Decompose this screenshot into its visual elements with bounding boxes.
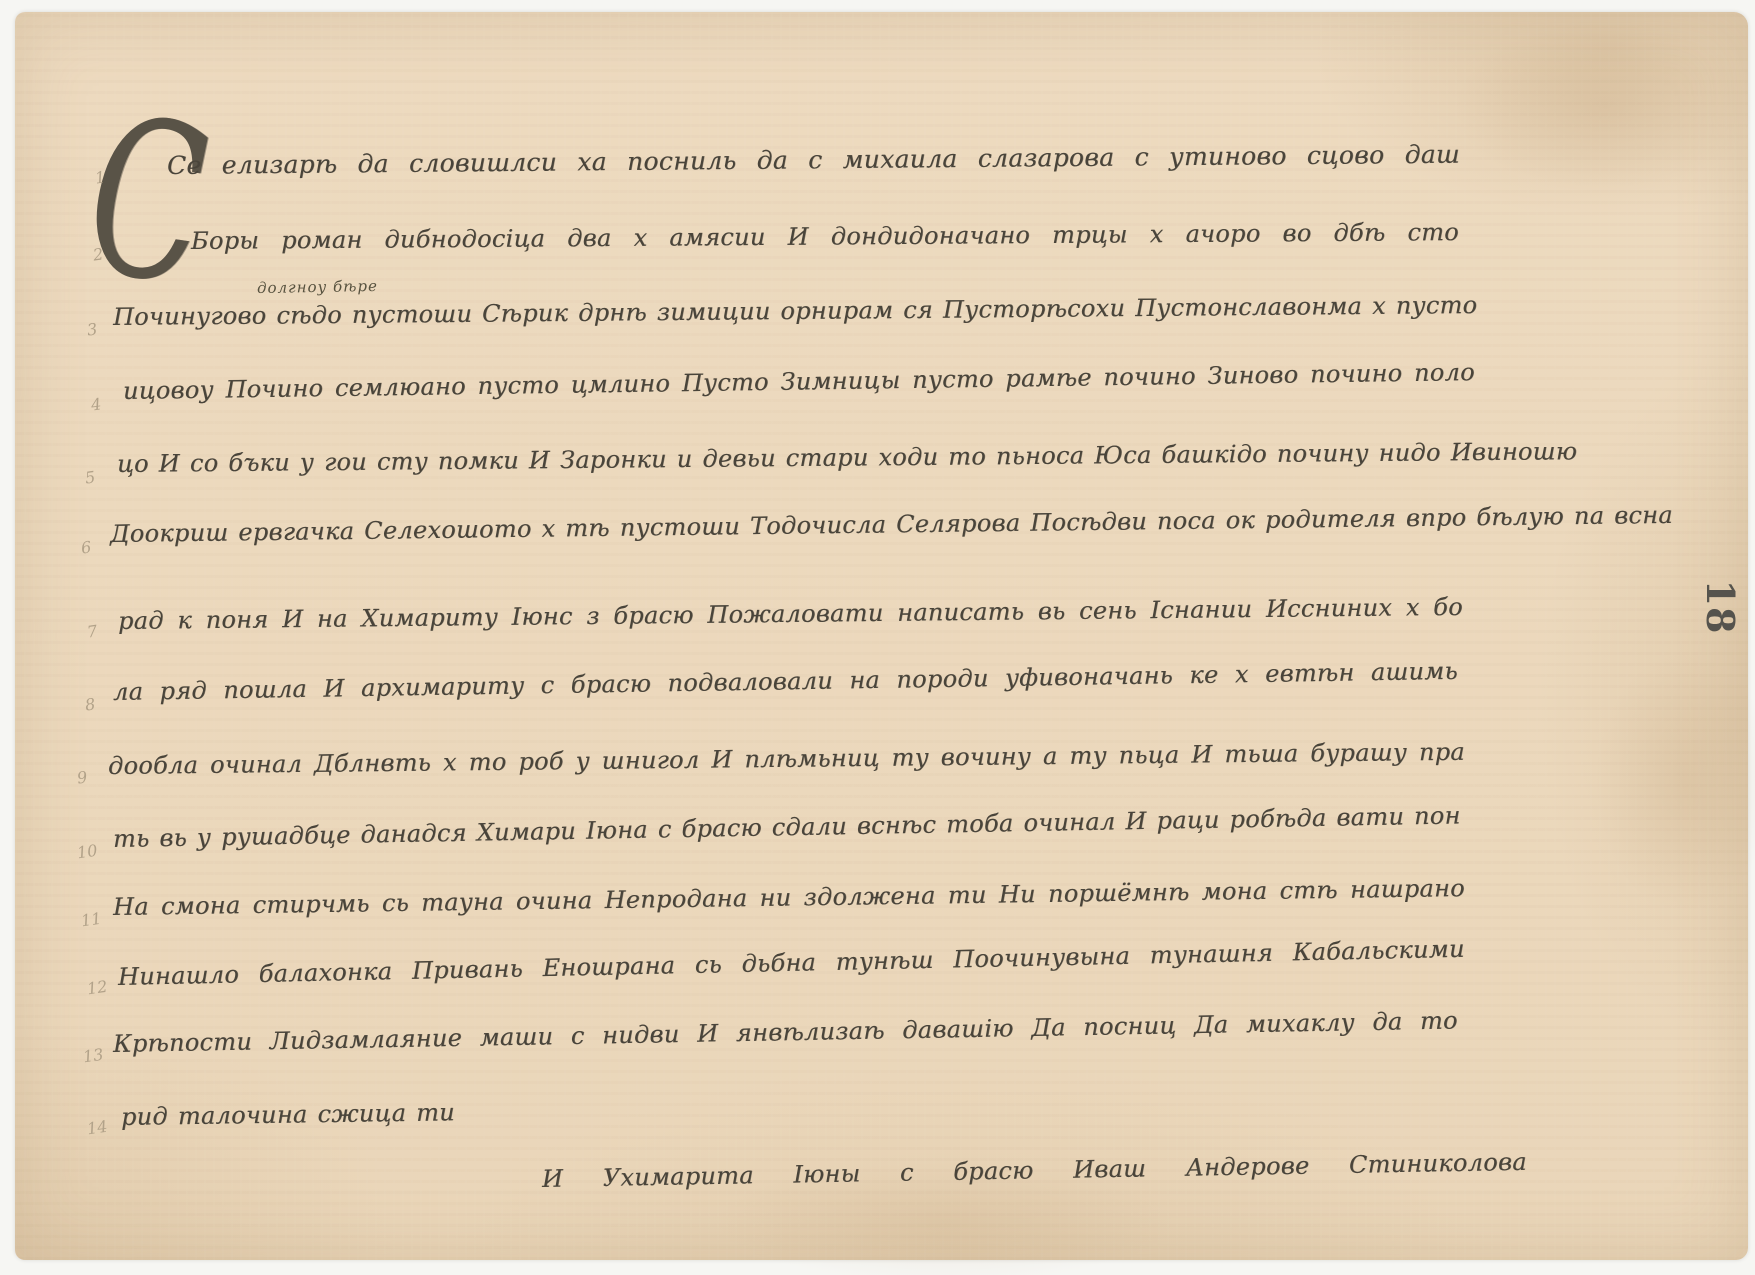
margin-line-number: 11 — [80, 909, 103, 931]
margin-line-number: 6 — [80, 537, 93, 557]
manuscript-line: Доокриш ервгачка Селехошото х тѣ пустоши… — [110, 502, 1472, 549]
margin-line-number: 8 — [84, 694, 97, 714]
manuscript-line: Нинашло балахонка Привань Еношрана сь дь… — [118, 934, 1465, 992]
manuscript-line: Боры роман дибнодосіца два х амясии И до… — [191, 217, 1459, 256]
manuscript-line: цо И со бъки у гои сту помки И Заронки и… — [117, 437, 1472, 479]
initial-letter: С — [83, 86, 213, 320]
scan-background: С 1 2 3 4 5 6 7 8 9 10 11 12 13 14 Се ел… — [0, 0, 1755, 1275]
paper-stain — [1595, 652, 1755, 912]
margin-line-number: 5 — [84, 467, 97, 487]
paper-stain — [1455, 22, 1755, 192]
manuscript-line: ть вь у рушадбце данадся Химари Іюна с б… — [113, 801, 1453, 854]
margin-line-number: 12 — [86, 977, 109, 999]
manuscript-paper: С 1 2 3 4 5 6 7 8 9 10 11 12 13 14 Се ел… — [15, 12, 1748, 1260]
folio-number: 18 — [1692, 581, 1750, 633]
paper-texture — [15, 12, 1748, 1260]
margin-line-number: 10 — [76, 841, 99, 863]
manuscript-line: На смона стирчмь сь тауна очина Непродан… — [113, 873, 1465, 922]
margin-line-number: 14 — [86, 1117, 109, 1139]
margin-line-number: 3 — [86, 319, 99, 339]
manuscript-line: рад к поня И на Химариту Іюнс з брасю По… — [118, 592, 1463, 636]
interlinear-insertion: долгноу бѣре — [257, 277, 378, 297]
closing-line: И Ухимарита Іюны с брасю Иваш Андерове С… — [542, 1147, 1527, 1194]
manuscript-line: Починугово сѣдо пустоши Сѣрик дрнѣ зимиц… — [113, 290, 1463, 332]
margin-line-number: 13 — [82, 1045, 105, 1067]
margin-line-number: 9 — [76, 767, 89, 787]
manuscript-line: рид талочина сжица ти — [121, 1097, 455, 1132]
margin-line-number: 4 — [90, 394, 103, 414]
margin-line-number: 7 — [86, 621, 99, 641]
manuscript-line: дообла очинал Дблнвть х то роб у шнигол … — [108, 737, 1465, 781]
manuscript-line: ицовоу Почино семлюано пусто цмлино Пуст… — [123, 357, 1475, 406]
manuscript-line: ла ряд пошла И архимариту с брасю подвал… — [113, 656, 1458, 707]
manuscript-line: Се елизарѣ да словишлси ха посниль да с … — [167, 139, 1460, 182]
manuscript-line: Крѣпости Лидзамлаяние маши с нидви И янв… — [113, 1006, 1458, 1059]
